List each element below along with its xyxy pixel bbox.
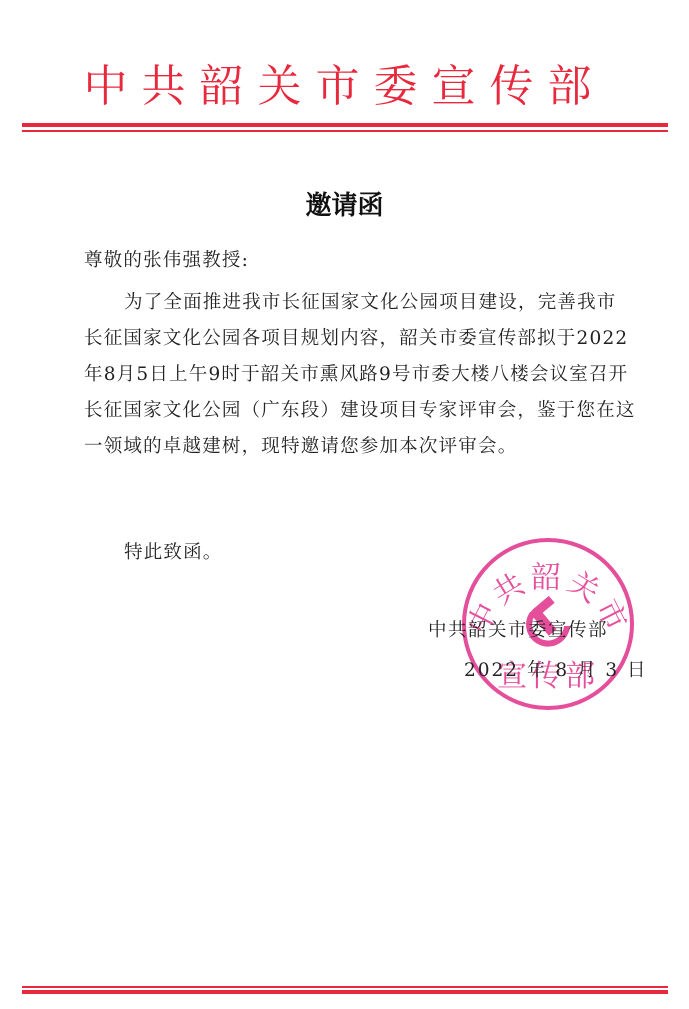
header-rule-thick bbox=[22, 123, 668, 127]
footer-rule-thick bbox=[22, 990, 668, 994]
salutation: 尊敬的张伟强教授: bbox=[84, 243, 636, 279]
document-title: 邀请函 bbox=[0, 188, 689, 224]
footer-rule-thin bbox=[22, 986, 668, 988]
letterhead-title: 中共韶关市委宣传部 bbox=[0, 62, 689, 112]
body-paragraph: 为了全面推进我市长征国家文化公园项目建设，完善我市长征国家文化公园各项目规划内容… bbox=[84, 285, 636, 465]
header-rule-thin bbox=[22, 130, 668, 132]
signature-date: 2022 年 8 月 3 日 bbox=[464, 656, 648, 686]
signature-organization: 中共韶关市委宣传部 bbox=[428, 616, 608, 646]
